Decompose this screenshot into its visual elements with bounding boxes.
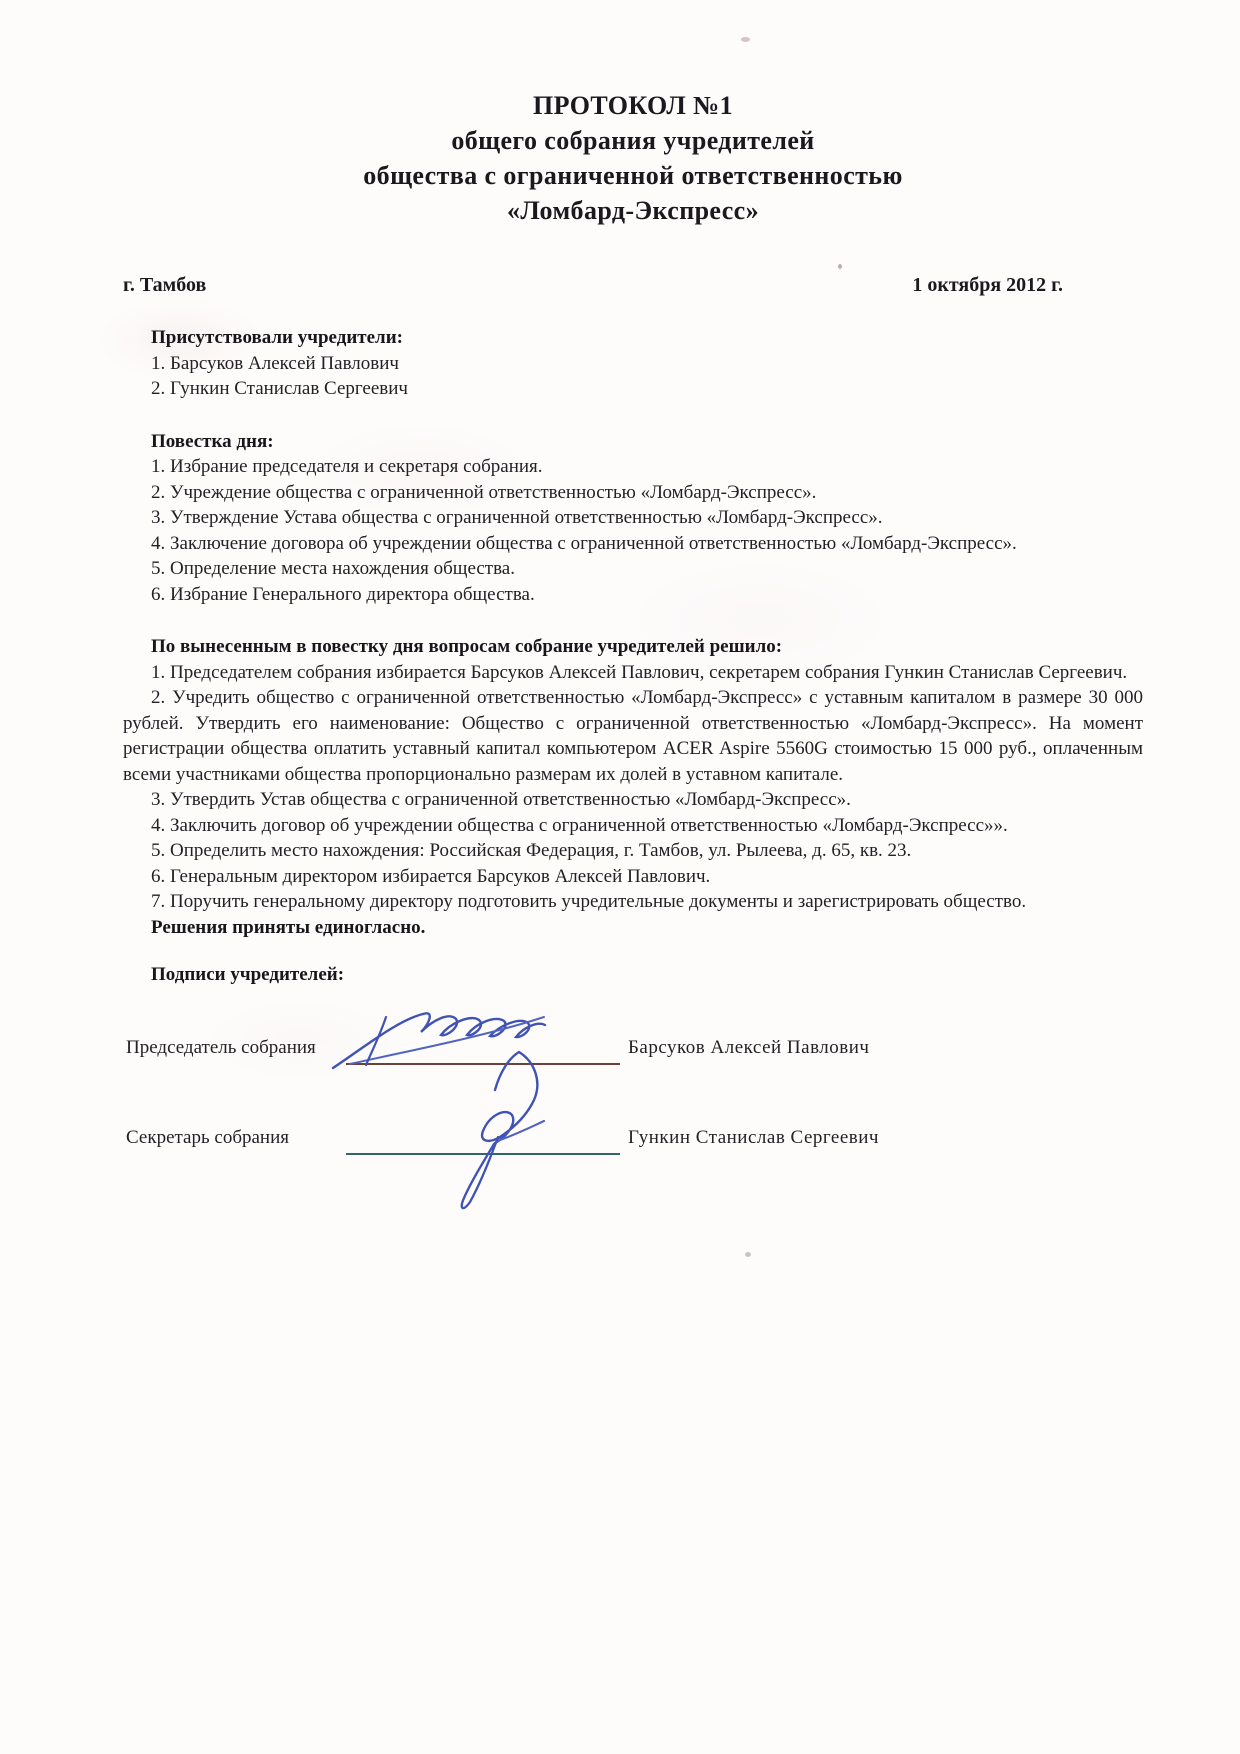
signature-area: Председатель собрания Барсуков Алексей П… [0, 988, 1240, 1248]
attendee-item: 2. Гункин Станислав Сергеевич [123, 376, 1143, 402]
signature-row: Председатель собрания Барсуков Алексей П… [123, 1030, 1143, 1062]
place-date-row: г. Тамбов 1 октября 2012 г. [123, 272, 1143, 298]
document-place: г. Тамбов [123, 272, 206, 298]
title-line-3: общества с ограниченной ответственностью [123, 158, 1143, 193]
agenda-item: 1. Избрание председателя и секретаря соб… [123, 454, 1143, 480]
scanned-document-page: { "title": { "line1": "ПРОТОКОЛ №1", "li… [0, 0, 1240, 1754]
decision-item: 5. Определить место нахождения: Российск… [123, 838, 1143, 864]
decision-item: 3. Утвердить Устав общества с ограниченн… [123, 787, 1143, 813]
document-title: ПРОТОКОЛ №1 общего собрания учредителей … [123, 88, 1143, 228]
signature-line [346, 1063, 620, 1065]
decisions-heading: По вынесенным в повестку дня вопросам со… [123, 634, 1143, 660]
title-line-1: ПРОТОКОЛ №1 [123, 88, 1143, 123]
agenda-heading: Повестка дня: [123, 429, 1143, 455]
decision-item: 1. Председателем собрания избирается Бар… [123, 660, 1143, 686]
agenda-item: 2. Учреждение общества с ограниченной от… [123, 480, 1143, 506]
agenda-item: 3. Утверждение Устава общества с огранич… [123, 505, 1143, 531]
signature-name: Барсуков Алексей Павлович [628, 1037, 869, 1059]
agenda-item: 6. Избрание Генерального директора общес… [123, 582, 1143, 608]
handwritten-signatures [123, 988, 1143, 1248]
decision-item: 7. Поручить генеральному директору подго… [123, 889, 1143, 915]
signature-row: Секретарь собрания Гункин Станислав Серг… [123, 1120, 1143, 1152]
decision-item: 4. Заключить договор об учреждении общес… [123, 813, 1143, 839]
signature-name: Гункин Станислав Сергеевич [628, 1127, 879, 1149]
title-line-2: общего собрания учредителей [123, 123, 1143, 158]
decisions-closing: Решения приняты единогласно. [123, 915, 1143, 941]
scan-speck [745, 1252, 751, 1257]
signature-role: Секретарь собрания [126, 1127, 289, 1149]
agenda-item: 4. Заключение договора об учреждении общ… [123, 531, 1143, 557]
agenda-item: 5. Определение места нахождения общества… [123, 556, 1143, 582]
attendees-heading: Присутствовали учредители: [123, 325, 1143, 351]
decision-item: 2. Учредить общество с ограниченной отве… [123, 685, 1143, 787]
title-line-4: «Ломбард-Экспресс» [123, 193, 1143, 228]
document-body: ПРОТОКОЛ №1 общего собрания учредителей … [0, 0, 1240, 1248]
attendee-item: 1. Барсуков Алексей Павлович [123, 351, 1143, 377]
decision-item: 6. Генеральным директором избирается Бар… [123, 864, 1143, 890]
signature-line [346, 1153, 620, 1155]
signature-role: Председатель собрания [126, 1037, 316, 1059]
signatures-heading: Подписи учредителей: [123, 962, 1143, 988]
document-date: 1 октября 2012 г. [912, 272, 1143, 298]
